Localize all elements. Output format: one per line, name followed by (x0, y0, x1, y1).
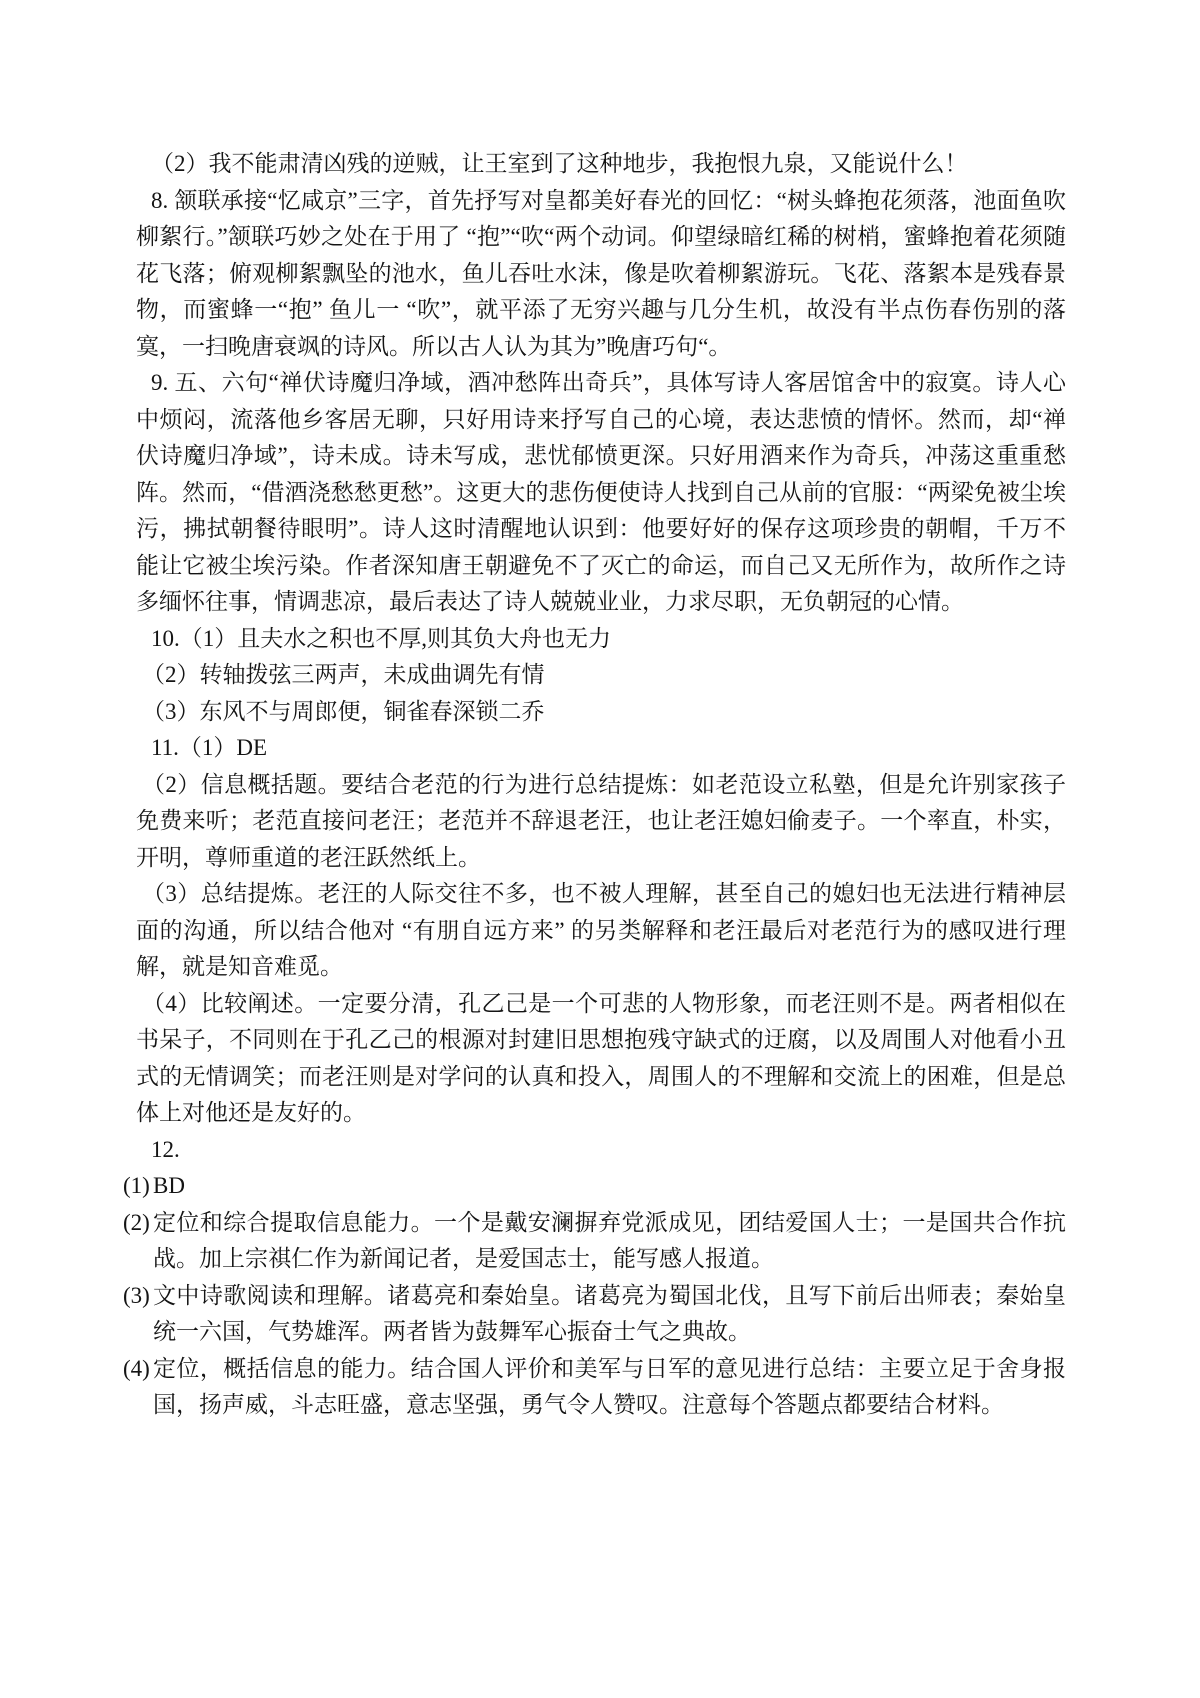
answer-10-2: （2）转轴拨弦三两声，未成曲调先有情 (136, 657, 1066, 694)
answer-12-3: (3) 文中诗歌阅读和理解。诸葛亮和秦始皇。诸葛亮为蜀国北伐，且写下前后出师表；… (123, 1278, 1066, 1351)
answer-9: 9. 五、六句“禅伏诗魔归净域，酒冲愁阵出奇兵”，具体写诗人客居馆舍中的寂寞。诗… (136, 365, 1066, 621)
answer-translation-2: （2）我不能肃清凶残的逆贼，让王室到了这种地步，我抱恨九泉，又能说什么！ (136, 146, 1066, 183)
list-marker-3: (3) (123, 1278, 153, 1315)
answer-12-2-text: 定位和综合提取信息能力。一个是戴安澜摒弃党派成见，团结爱国人士；一是国共合作抗战… (153, 1205, 1066, 1278)
answer-12-4-text: 定位，概括信息的能力。结合国人评价和美军与日军的意见进行总结：主要立足于舍身报国… (153, 1351, 1066, 1424)
list-marker-2: (2) (123, 1205, 153, 1242)
answer-12-1: (1) BD (123, 1168, 1066, 1205)
answer-8: 8. 颔联承接“忆咸京”三字，首先抒写对皇都美好春光的回忆：“树头蜂抱花须落，池… (136, 183, 1066, 366)
answer-10-1: 10.（1）且夫水之积也不厚,则其负大舟也无力 (136, 621, 1066, 658)
list-marker-4: (4) (123, 1351, 153, 1388)
answer-11-1: 11.（1）DE (136, 730, 1066, 767)
answer-12-label: 12. (136, 1132, 1066, 1169)
document-page: （2）我不能肃清凶残的逆贼，让王室到了这种地步，我抱恨九泉，又能说什么！ 8. … (0, 0, 1200, 1698)
answer-10-3: （3）东风不与周郎便，铜雀春深锁二乔 (136, 694, 1066, 731)
answer-11-4: （4）比较阐述。一定要分清，孔乙己是一个可悲的人物形象，而老汪则不是。两者相似在… (136, 986, 1066, 1132)
answer-12-1-text: BD (153, 1168, 1066, 1205)
answer-sheet-content: （2）我不能肃清凶残的逆贼，让王室到了这种地步，我抱恨九泉，又能说什么！ 8. … (136, 146, 1066, 1424)
answer-12-4: (4) 定位，概括信息的能力。结合国人评价和美军与日军的意见进行总结：主要立足于… (123, 1351, 1066, 1424)
answer-11-2: （2）信息概括题。要结合老范的行为进行总结提炼：如老范设立私塾，但是允许别家孩子… (136, 767, 1066, 877)
answer-12-3-text: 文中诗歌阅读和理解。诸葛亮和秦始皇。诸葛亮为蜀国北伐，且写下前后出师表；秦始皇统… (153, 1278, 1066, 1351)
answer-12-2: (2) 定位和综合提取信息能力。一个是戴安澜摒弃党派成见，团结爱国人士；一是国共… (123, 1205, 1066, 1278)
list-marker-1: (1) (123, 1168, 153, 1205)
answer-11-3: （3）总结提炼。老汪的人际交往不多，也不被人理解，甚至自己的媳妇也无法进行精神层… (136, 876, 1066, 986)
